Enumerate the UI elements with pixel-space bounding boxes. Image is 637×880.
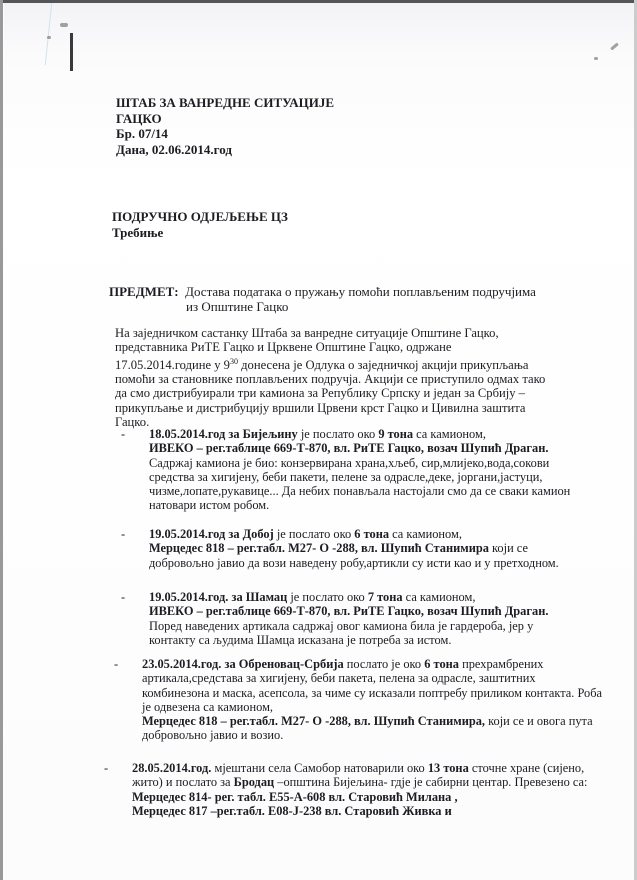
scan-border-left (0, 0, 3, 880)
item-text: послато је око (344, 657, 425, 671)
sender-org: ШТАБ ЗА ВАНРЕДНЕ СИТУАЦИЈЕ (116, 95, 334, 111)
subject-block: ПРЕДМЕТ: Достава података о пружању помо… (109, 284, 536, 314)
delivery-amount: 13 тона (428, 761, 469, 775)
recipient-block: ПОДРУЧНО ОДЈЕЉЕЊЕ ЦЗ Требиње (112, 209, 288, 240)
item-text: са камионом, (413, 427, 486, 441)
delivery-destination: за Обреновац-Србија (221, 657, 343, 671)
list-dash: - (114, 657, 118, 671)
item-text: је послато око (287, 590, 368, 604)
item-text: са камионом, (389, 527, 462, 541)
item-text: Поред наведених артикала садржај овог ка… (149, 619, 533, 647)
delivery-destination: за Шамац (228, 590, 287, 604)
list-dash: - (121, 427, 125, 441)
delivery-amount: 6 тона (424, 657, 459, 671)
scan-smudge (47, 36, 51, 39)
delivery-item: - 19.05.2014.год. за Шамац је послато ок… (121, 590, 581, 647)
item-text: –општина Бијељина- гдје је сабирни цента… (274, 775, 587, 789)
paper-crease (37, 3, 53, 65)
delivery-item: - 28.05.2014.год. мјештани села Самобор … (104, 761, 594, 818)
vehicle-info: ИВЕКО – рег.таблице 669-Т-870, вл. РиТЕ … (149, 604, 548, 618)
vehicle-info: Мерцедес 814- рег. табл. Е55-А-608 вл. С… (132, 790, 458, 804)
recipient-town: Требиње (112, 225, 288, 241)
sender-header: ШТАБ ЗА ВАНРЕДНЕ СИТУАЦИЈЕ ГАЦКО Бр. 07/… (116, 95, 334, 157)
scan-smudge (594, 57, 598, 60)
scanned-document-page: ШТАБ ЗА ВАНРЕДНЕ СИТУАЦИЈЕ ГАЦКО Бр. 07/… (4, 3, 634, 880)
item-text: је послато око (274, 527, 355, 541)
delivery-destination: за Добој (225, 527, 273, 541)
item-text: са камионом, (403, 590, 476, 604)
delivery-amount: 7 тона (368, 590, 403, 604)
item-text: мјештани села Самобор натоварили око (211, 761, 427, 775)
intro-paragraph: На заједничком састанку Штаба за ванредн… (115, 326, 547, 429)
delivery-date: 19.05.2014.год (149, 527, 225, 541)
scan-smudge (610, 42, 619, 50)
delivery-amount: 6 тона (354, 527, 389, 541)
item-text: је послато око (298, 427, 379, 441)
delivery-destination: за Бијељину (225, 427, 297, 441)
staple-mark (70, 33, 73, 71)
recipient-org: ПОДРУЧНО ОДЈЕЉЕЊЕ ЦЗ (112, 209, 288, 225)
reference-number: Бр. 07/14 (116, 126, 334, 142)
delivery-item: - 19.05.2014.год за Добој је послато око… (121, 527, 581, 570)
vehicle-info: ИВЕКО – рег.таблице 669-Т-870, вл. РиТЕ … (149, 441, 548, 455)
scan-smudge (60, 23, 68, 27)
delivery-item: - 18.05.2014.год за Бијељину је послато … (121, 427, 591, 513)
document-date: Дана, 02.06.2014.год (116, 142, 334, 158)
time-superscript: 30 (230, 357, 238, 366)
sender-town: ГАЦКО (116, 111, 334, 127)
delivery-date: 23.05.2014.год. (142, 657, 221, 671)
delivery-date: 28.05.2014.год. (132, 761, 211, 775)
delivery-date: 18.05.2014.год (149, 427, 225, 441)
subject-text: Достава података о пружању помоћи поплав… (185, 284, 536, 299)
subject-label: ПРЕДМЕТ: (109, 284, 179, 299)
delivery-destination: Бродац (234, 775, 275, 789)
list-dash: - (121, 527, 125, 541)
list-dash: - (104, 761, 108, 775)
subject-text-cont: из Општине Гацко (109, 299, 536, 314)
vehicle-info: Мерцедес 817 –рег.табл. Е08-Ј-238 вл. Ст… (132, 804, 452, 818)
item-text: Садржај камиона је био: конзервирана хра… (149, 456, 570, 513)
vehicle-info: Мерцедес 818 – рег.табл. М27- О -288, вл… (149, 541, 489, 555)
vehicle-info: Мерцедес 818 – рег.табл. М27- О -288, вл… (142, 714, 485, 728)
delivery-date: 19.05.2014.год. (149, 590, 228, 604)
list-dash: - (121, 590, 125, 604)
delivery-item: - 23.05.2014.год. за Обреновац-Србија по… (114, 657, 604, 743)
delivery-amount: 9 тона (378, 427, 413, 441)
